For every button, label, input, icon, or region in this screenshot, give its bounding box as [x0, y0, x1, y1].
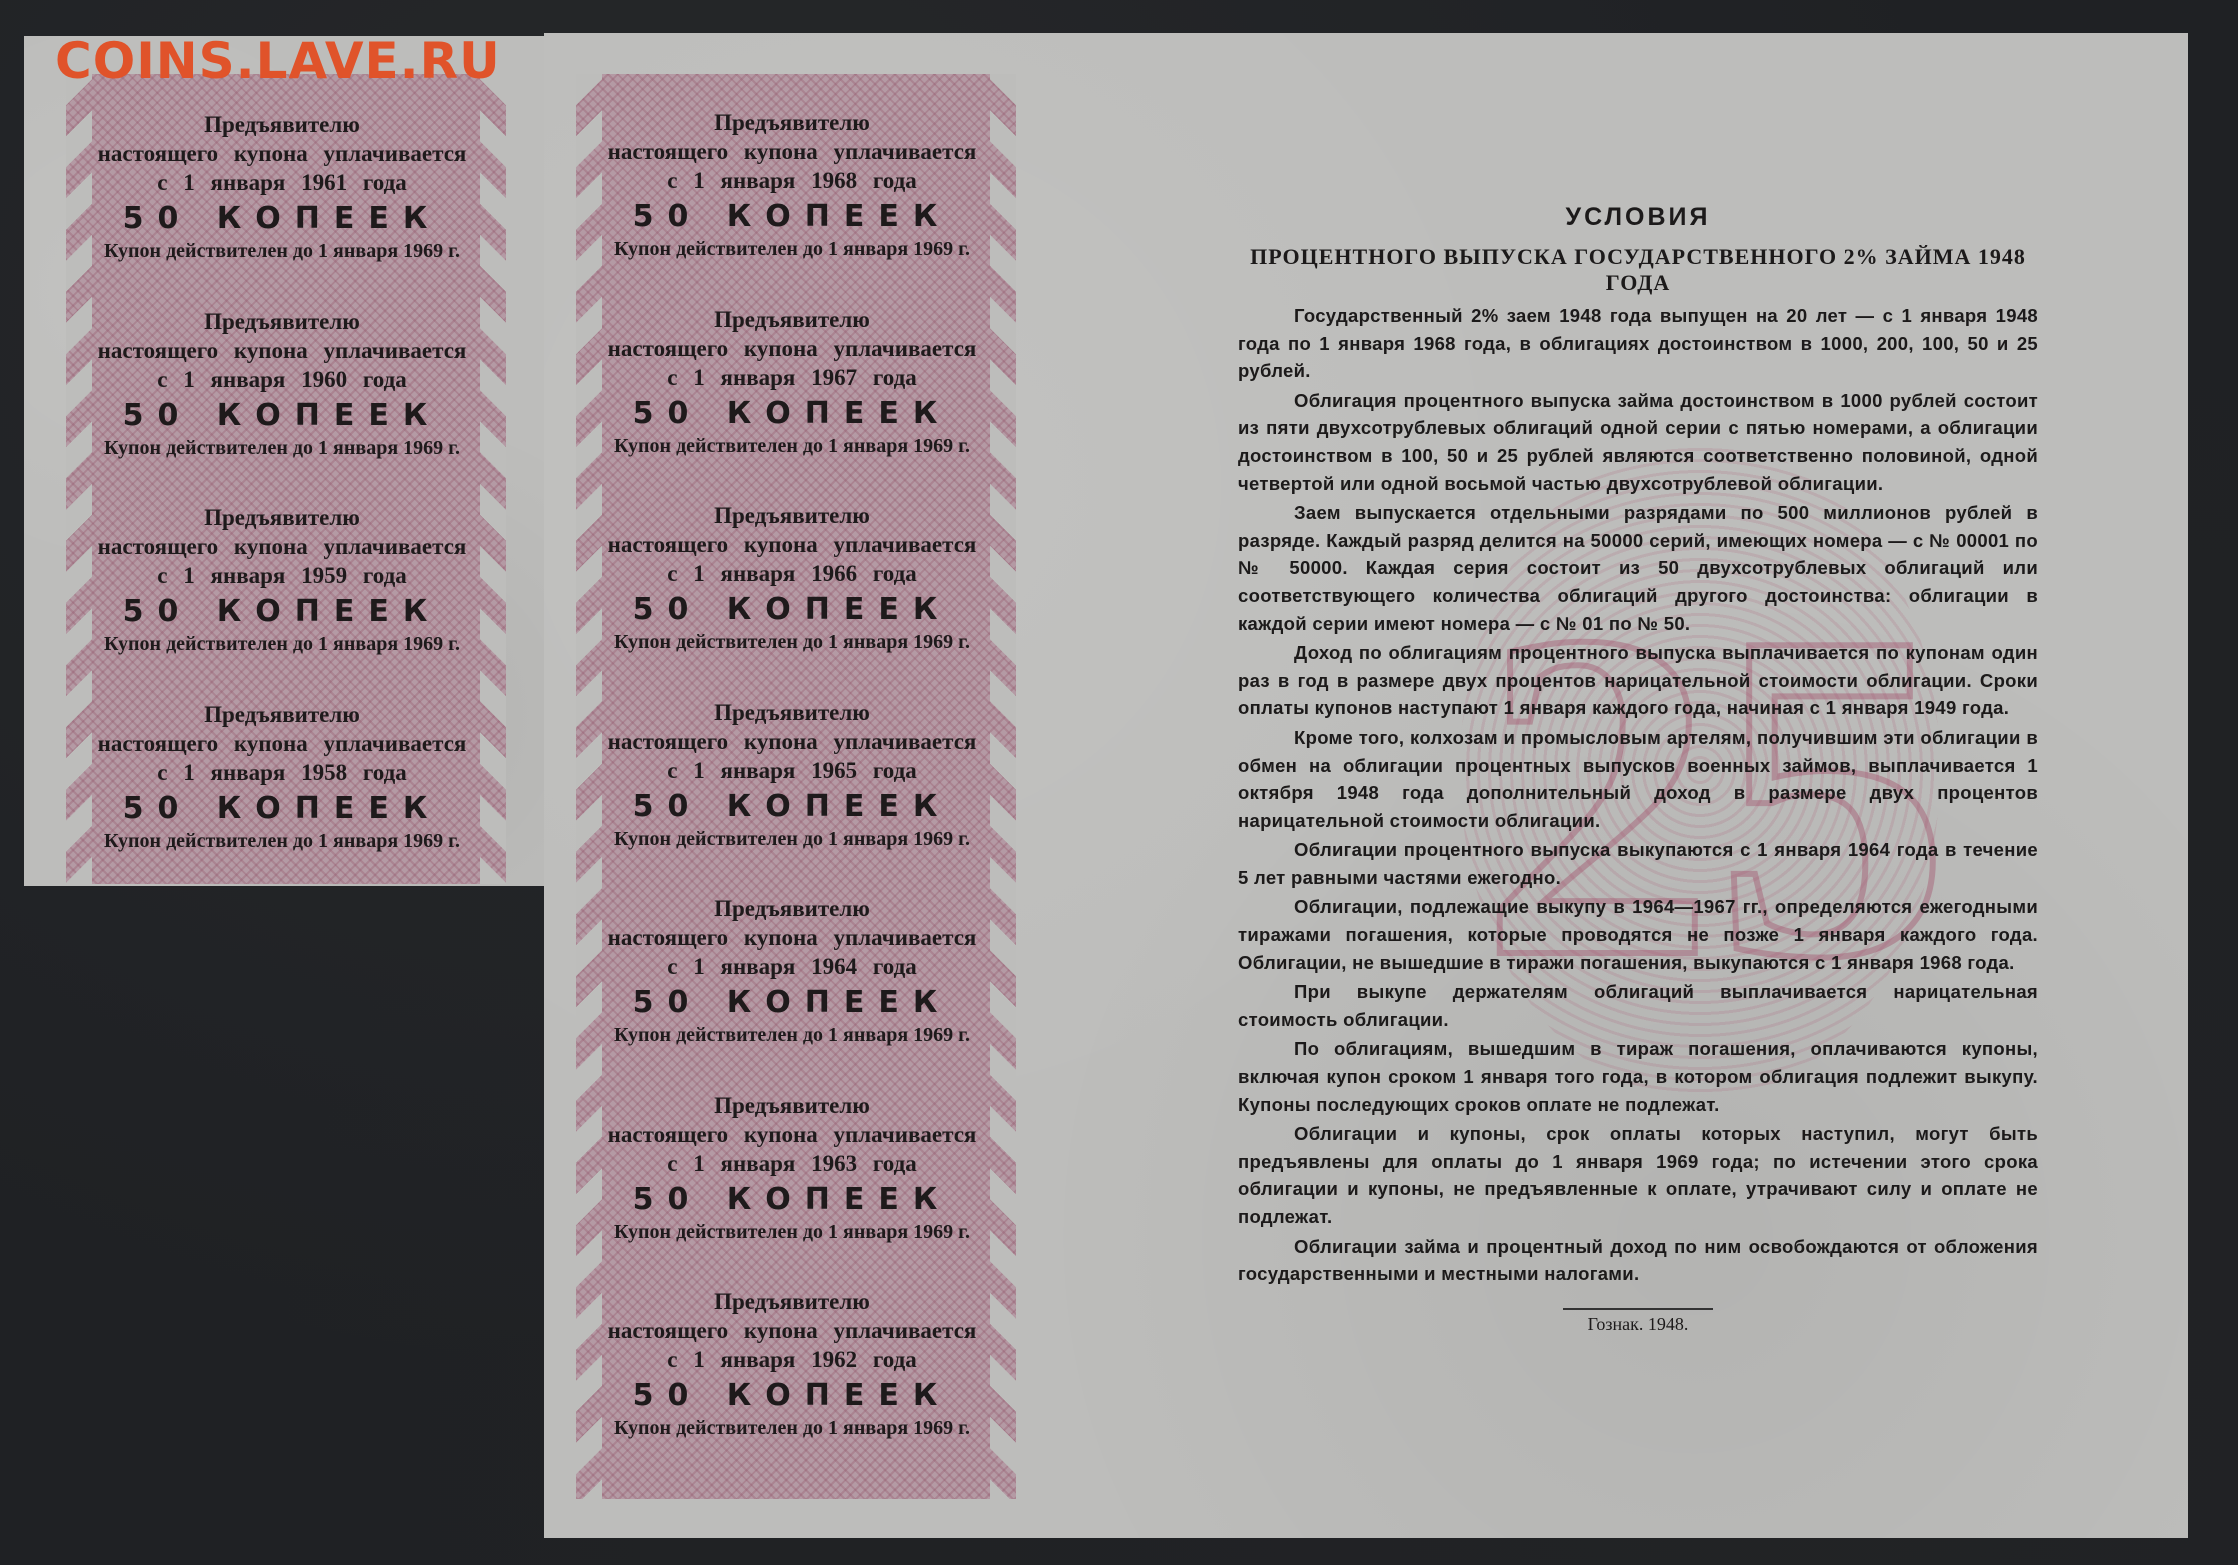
coupon-amount: 50 КОПЕЕК — [572, 1180, 1012, 1220]
coupon-bearer-line: Предъявителю — [62, 110, 502, 139]
coupon: Предъявителюнастоящего купона уплачивает… — [572, 305, 1012, 458]
coupon-bearer-line: Предъявителю — [572, 1091, 1012, 1120]
coupon-payable-line: настоящего купона уплачивается — [572, 727, 1012, 756]
conditions-paragraph: Облигации, подлежащие выкупу в 1964—1967… — [1238, 893, 2038, 976]
coupon: Предъявителюнастоящего купона уплачивает… — [572, 501, 1012, 654]
coupon: Предъявителюнастоящего купона уплачивает… — [572, 108, 1012, 261]
site-watermark: COINS.LAVE.RU — [55, 32, 501, 90]
coupon-payable-line: настоящего купона уплачивается — [62, 336, 502, 365]
coupon-amount: 50 КОПЕЕК — [62, 592, 502, 632]
coupon-payable-line: настоящего купона уплачивается — [62, 139, 502, 168]
conditions-body: Государственный 2% заем 1948 года выпуще… — [1238, 302, 2038, 1288]
coupon-bearer-line: Предъявителю — [572, 894, 1012, 923]
coupon-payable-line: настоящего купона уплачивается — [62, 532, 502, 561]
coupon-validity: Купон действителен до 1 января 1969 г. — [62, 632, 502, 656]
coupon-bearer-line: Предъявителю — [62, 307, 502, 336]
coupon: Предъявителюнастоящего купона уплачивает… — [572, 894, 1012, 1047]
coupon-amount: 50 КОПЕЕК — [572, 787, 1012, 827]
conditions-paragraph: Облигация процентного выпуска займа дост… — [1238, 387, 2038, 497]
coupon-validity: Купон действителен до 1 января 1969 г. — [572, 434, 1012, 458]
coupon-payable-line: настоящего купона уплачивается — [62, 729, 502, 758]
coupon-date-line: с 1 января 1962 года — [572, 1345, 1012, 1374]
coupon-amount: 50 КОПЕЕК — [572, 197, 1012, 237]
conditions-subtitle: ПРОЦЕНТНОГО ВЫПУСКА ГОСУДАРСТВЕННОГО 2% … — [1238, 244, 2038, 296]
coupon-date-line: с 1 января 1960 года — [62, 365, 502, 394]
coupon-validity: Купон действителен до 1 января 1969 г. — [572, 1220, 1012, 1244]
conditions-paragraph: Облигации и купоны, срок оплаты которых … — [1238, 1120, 2038, 1230]
conditions-paragraph: Доход по облигациям процентного выпуска … — [1238, 639, 2038, 722]
conditions-paragraph: Облигации процентного выпуска выкупаются… — [1238, 836, 2038, 891]
coupon: Предъявителюнастоящего купона уплачивает… — [572, 1287, 1012, 1440]
coupon-amount: 50 КОПЕЕК — [572, 394, 1012, 434]
coupon-payable-line: настоящего купона уплачивается — [572, 334, 1012, 363]
coupon-bearer-line: Предъявителю — [62, 700, 502, 729]
coupon: Предъявителюнастоящего купона уплачивает… — [572, 1091, 1012, 1244]
coupon-amount: 50 КОПЕЕК — [572, 983, 1012, 1023]
coupon-date-line: с 1 января 1958 года — [62, 758, 502, 787]
coupon-validity: Купон действителен до 1 января 1969 г. — [62, 829, 502, 853]
coupon-validity: Купон действителен до 1 января 1969 г. — [572, 630, 1012, 654]
coupon-bearer-line: Предъявителю — [572, 108, 1012, 137]
coupon-date-line: с 1 января 1967 года — [572, 363, 1012, 392]
coupon-date-line: с 1 января 1961 года — [62, 168, 502, 197]
bond-conditions: УСЛОВИЯ ПРОЦЕНТНОГО ВЫПУСКА ГОСУДАРСТВЕН… — [1238, 203, 2038, 1335]
coupon-date-line: с 1 января 1963 года — [572, 1149, 1012, 1178]
coupon-validity: Купон действителен до 1 января 1969 г. — [62, 436, 502, 460]
conditions-paragraph: Государственный 2% заем 1948 года выпуще… — [1238, 302, 2038, 385]
conditions-paragraph: Облигации займа и процентный доход по ни… — [1238, 1233, 2038, 1288]
coupon: Предъявителюнастоящего купона уплачивает… — [572, 698, 1012, 851]
coupon-validity: Купон действителен до 1 января 1969 г. — [572, 827, 1012, 851]
conditions-title: УСЛОВИЯ — [1238, 203, 2038, 232]
conditions-paragraph: Заем выпускается отдельными разрядами по… — [1238, 499, 2038, 637]
conditions-paragraph: При выкупе держателям облигаций выплачив… — [1238, 978, 2038, 1033]
printer-imprint: Гознак. 1948. — [1238, 1314, 2038, 1335]
coupon-date-line: с 1 января 1965 года — [572, 756, 1012, 785]
coupon-bearer-line: Предъявителю — [572, 305, 1012, 334]
coupon: Предъявителюнастоящего купона уплачивает… — [62, 307, 502, 460]
coupon: Предъявителюнастоящего купона уплачивает… — [62, 110, 502, 263]
coupon-validity: Купон действителен до 1 января 1969 г. — [572, 237, 1012, 261]
coupon-payable-line: настоящего купона уплачивается — [572, 923, 1012, 952]
coupon-date-line: с 1 января 1966 года — [572, 559, 1012, 588]
coupon-amount: 50 КОПЕЕК — [62, 199, 502, 239]
coupon-payable-line: настоящего купона уплачивается — [572, 1316, 1012, 1345]
coupon-amount: 50 КОПЕЕК — [572, 1376, 1012, 1416]
coupon-bearer-line: Предъявителю — [572, 1287, 1012, 1316]
imprint-divider — [1563, 1308, 1713, 1310]
coupon-bearer-line: Предъявителю — [62, 503, 502, 532]
coupon-validity: Купон действителен до 1 января 1969 г. — [62, 239, 502, 263]
coupon-date-line: с 1 января 1968 года — [572, 166, 1012, 195]
coupon-payable-line: настоящего купона уплачивается — [572, 1120, 1012, 1149]
coupon-date-line: с 1 января 1959 года — [62, 561, 502, 590]
coupon: Предъявителюнастоящего купона уплачивает… — [62, 700, 502, 853]
coupon-payable-line: настоящего купона уплачивается — [572, 137, 1012, 166]
coupon-date-line: с 1 января 1964 года — [572, 952, 1012, 981]
coupon-bearer-line: Предъявителю — [572, 698, 1012, 727]
conditions-paragraph: Кроме того, колхозам и промысловым артел… — [1238, 724, 2038, 834]
coupon-validity: Купон действителен до 1 января 1969 г. — [572, 1023, 1012, 1047]
coupon-amount: 50 КОПЕЕК — [572, 590, 1012, 630]
coupon-payable-line: настоящего купона уплачивается — [572, 530, 1012, 559]
coupon-amount: 50 КОПЕЕК — [62, 789, 502, 829]
coupon-bearer-line: Предъявителю — [572, 501, 1012, 530]
conditions-paragraph: По облигациям, вышедшим в тираж погашени… — [1238, 1035, 2038, 1118]
coupon-amount: 50 КОПЕЕК — [62, 396, 502, 436]
coupon: Предъявителюнастоящего купона уплачивает… — [62, 503, 502, 656]
coupon-validity: Купон действителен до 1 января 1969 г. — [572, 1416, 1012, 1440]
